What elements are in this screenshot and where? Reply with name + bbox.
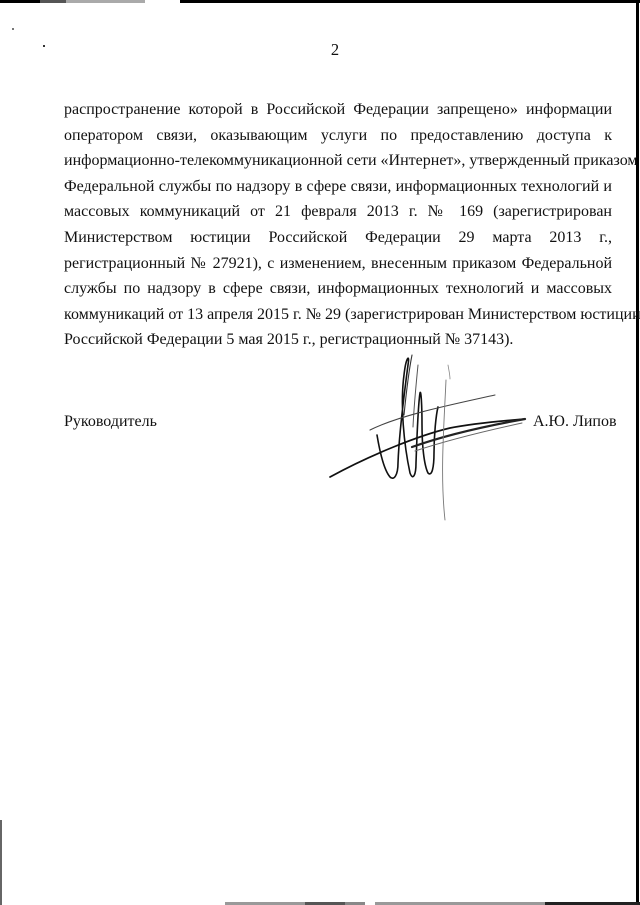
body-line: распространение которой в Российской Фед… bbox=[64, 97, 612, 123]
body-line: Министерством юстиции Российской Федерац… bbox=[64, 225, 612, 251]
body-line: оператором связи, оказывающим услуги по … bbox=[64, 123, 612, 149]
page-number: 2 bbox=[0, 40, 640, 60]
signatory-name: А.Ю. Липов bbox=[533, 413, 617, 431]
body-line: информационно-телекоммуникационной сети … bbox=[64, 148, 612, 174]
body-line: массовых коммуникаций от 21 февраля 2013… bbox=[64, 199, 612, 225]
body-line: коммуникаций от 13 апреля 2015 г. № 29 (… bbox=[64, 302, 612, 328]
body-line: Федеральной службы по надзору в сфере св… bbox=[64, 174, 612, 200]
scan-speck bbox=[12, 28, 14, 30]
body-paragraph: распространение которой в Российской Фед… bbox=[64, 97, 612, 353]
scan-border-left bbox=[0, 820, 2, 905]
body-line: службы по надзору в сфере связи, информа… bbox=[64, 276, 612, 302]
signatory-title: Руководитель bbox=[64, 413, 157, 431]
body-line: регистрационный № 27921), с изменением, … bbox=[64, 251, 612, 277]
document-page: 2 распространение которой в Российской Ф… bbox=[0, 0, 640, 905]
scan-border-top bbox=[0, 0, 640, 3]
handwritten-signature-icon bbox=[300, 335, 530, 535]
scan-border-right bbox=[636, 0, 639, 905]
